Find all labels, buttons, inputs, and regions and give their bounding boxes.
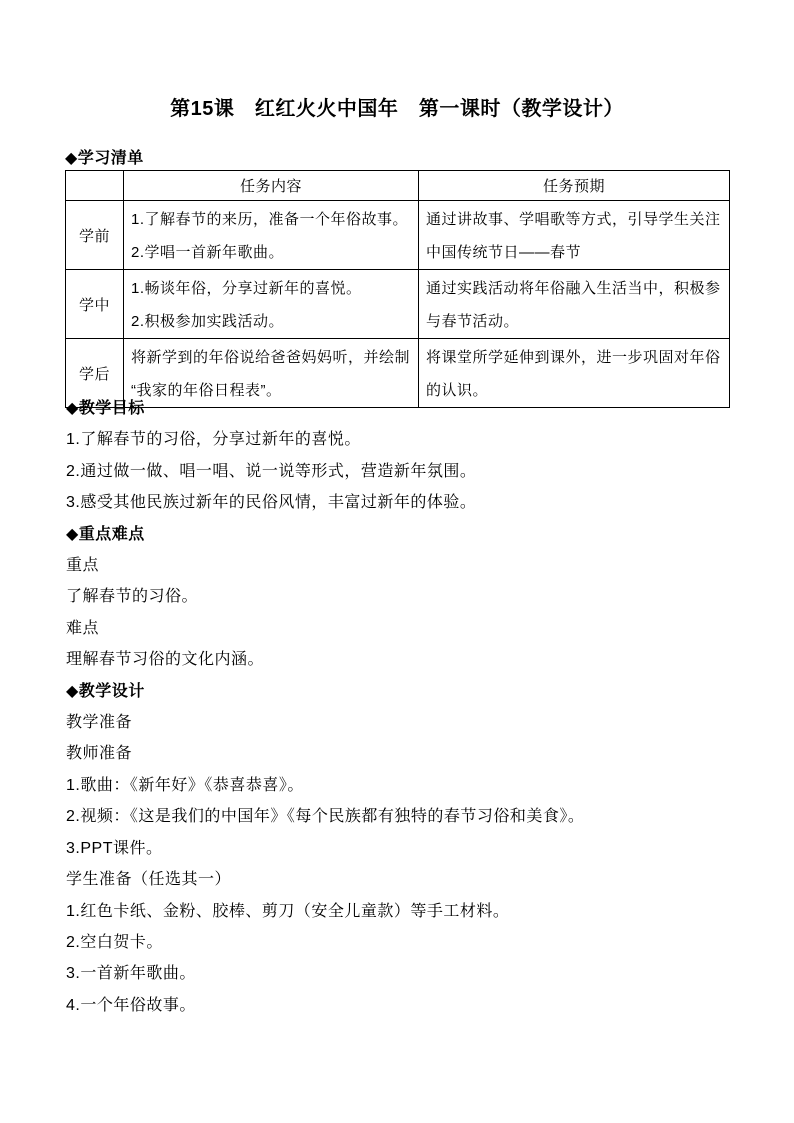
table-corner-cell: [66, 171, 124, 201]
section-heading-objectives: ◆教学目标: [66, 393, 730, 424]
section-heading-learning-checklist: ◆学习清单: [65, 145, 144, 168]
task-item: 1.畅谈年俗，分享过新年的喜悦。: [131, 272, 411, 305]
difficult-point-label: 难点: [66, 613, 730, 644]
table-header-task-expectation: 任务预期: [419, 171, 730, 201]
section-heading-teaching-design: ◆教学设计: [66, 676, 730, 707]
student-prep-heading: 学生准备（任选其一）: [66, 864, 730, 895]
task-item: 1.了解春节的来历，准备一个年俗故事。: [131, 203, 411, 236]
stage-label-before-class: 学前: [66, 201, 124, 270]
table-row-before-class: 学前 1.了解春节的来历，准备一个年俗故事。 2.学唱一首新年歌曲。 通过讲故事…: [66, 201, 730, 270]
task-item: 2.学唱一首新年歌曲。: [131, 236, 411, 269]
teacher-prep-heading: 教师准备: [66, 738, 730, 769]
student-prep-item-2: 2.空白贺卡。: [66, 927, 730, 958]
learning-checklist-table: 任务内容 任务预期 学前 1.了解春节的来历，准备一个年俗故事。 2.学唱一首新…: [65, 170, 730, 408]
teacher-prep-item-1: 1.歌曲：《新年好》《恭喜恭喜》。: [66, 770, 730, 801]
tasks-cell-during-class: 1.畅谈年俗，分享过新年的喜悦。 2.积极参加实践活动。: [124, 270, 419, 339]
student-prep-item-3: 3.一首新年歌曲。: [66, 958, 730, 989]
document-page: 第15课 红红火火中国年 第一课时（教学设计） ◆学习清单 任务内容 任务预期 …: [0, 0, 794, 1123]
objective-item-3: 3.感受其他民族过新年的民俗风情，丰富过新年的体验。: [66, 487, 730, 518]
stage-label-during-class: 学中: [66, 270, 124, 339]
expectation-cell-during-class: 通过实践活动将年俗融入生活当中，积极参与春节活动。: [419, 270, 730, 339]
table-header-task-content: 任务内容: [124, 171, 419, 201]
table-header-row: 任务内容 任务预期: [66, 171, 730, 201]
objective-item-1: 1.了解春节的习俗，分享过新年的喜悦。: [66, 424, 730, 455]
document-body: ◆教学目标 1.了解春节的习俗，分享过新年的喜悦。 2.通过做一做、唱一唱、说一…: [66, 393, 730, 1021]
teacher-prep-item-2: 2.视频：《这是我们的中国年》《每个民族都有独特的春节习俗和美食》。: [66, 801, 730, 832]
student-prep-item-4: 4.一个年俗故事。: [66, 990, 730, 1021]
objective-item-2: 2.通过做一做、唱一唱、说一说等形式，营造新年氛围。: [66, 456, 730, 487]
expectation-cell-before-class: 通过讲故事、学唱歌等方式，引导学生关注中国传统节日——春节: [419, 201, 730, 270]
section-heading-key-difficult: ◆重点难点: [66, 519, 730, 550]
doc-title: 第15课 红红火火中国年 第一课时（教学设计）: [0, 92, 794, 121]
teacher-prep-item-3: 3.PPT课件。: [66, 833, 730, 864]
difficult-point-text: 理解春节习俗的文化内涵。: [66, 644, 730, 675]
student-prep-item-1: 1.红色卡纸、金粉、胶棒、剪刀（安全儿童款）等手工材料。: [66, 896, 730, 927]
key-point-label: 重点: [66, 550, 730, 581]
table-row-during-class: 学中 1.畅谈年俗，分享过新年的喜悦。 2.积极参加实践活动。 通过实践活动将年…: [66, 270, 730, 339]
task-item: 2.积极参加实践活动。: [131, 305, 411, 338]
prep-heading: 教学准备: [66, 707, 730, 738]
key-point-text: 了解春节的习俗。: [66, 581, 730, 612]
tasks-cell-before-class: 1.了解春节的来历，准备一个年俗故事。 2.学唱一首新年歌曲。: [124, 201, 419, 270]
